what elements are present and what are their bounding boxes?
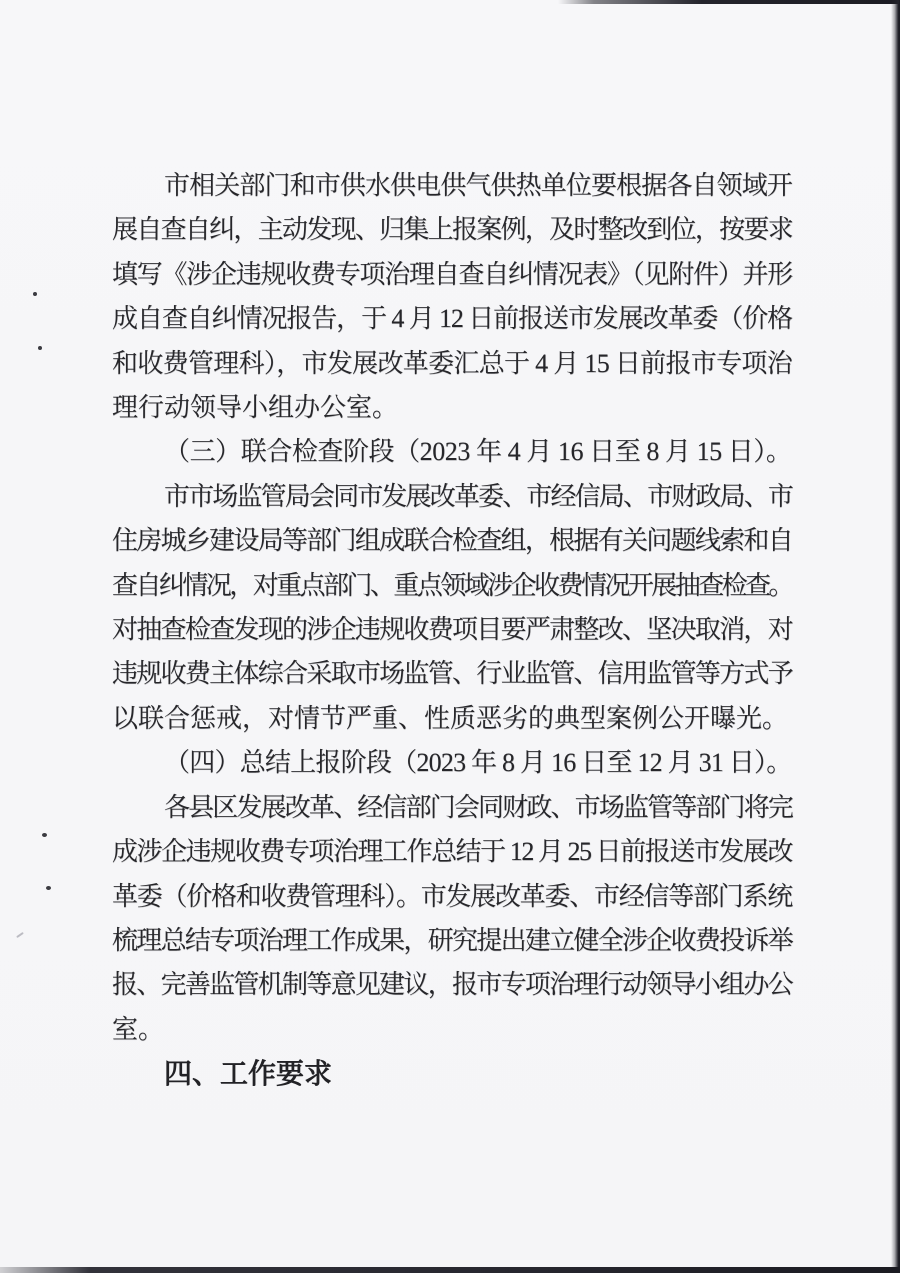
text-line: 查自纠情况，对重点部门、重点领域涉企收费情况开展抽查检查。 <box>112 564 793 608</box>
document-body: 市相关部门和市供水供电供气供热单位要根据各自领域开展自查自纠，主动发现、归集上报… <box>112 164 793 1097</box>
section-heading: 四、工作要求 <box>112 1052 793 1096</box>
scan-speck <box>42 833 47 837</box>
text-line: 室。 <box>112 1008 793 1052</box>
text-line: 成自查自纠情况报告，于 4 月 12 日前报送市发展改革委（价格 <box>112 297 793 341</box>
text-line: 各县区发展改革、经信部门会同财政、市场监管等部门将完 <box>112 786 793 830</box>
text-line: 理行动领导小组办公室。 <box>112 386 793 430</box>
text-line: 对抽查检查发现的涉企违规收费项目要严肃整改、坚决取消，对 <box>112 608 793 652</box>
text-line: 报、完善监管机制等意见建议，报市专项治理行动领导小组办公 <box>112 963 793 1007</box>
text-line: 梳理总结专项治理工作成果，研究提出建立健全涉企收费投诉举 <box>112 919 793 963</box>
text-line: 成涉企违规收费专项治理工作总结于 12 月 25 日前报送市发展改 <box>112 830 793 874</box>
text-line: （三）联合检查阶段（2023 年 4 月 16 日至 8 月 15 日）。 <box>112 430 793 474</box>
scan-edge-bottom <box>0 1267 900 1273</box>
scan-speck <box>46 886 51 890</box>
document-page: 市相关部门和市供水供电供气供热单位要根据各自领域开展自查自纠，主动发现、归集上报… <box>0 0 900 1273</box>
text-line: 展自查自纠，主动发现、归集上报案例，及时整改到位，按要求 <box>112 208 793 252</box>
scan-speck <box>33 292 37 296</box>
scan-speck <box>38 346 42 350</box>
text-line: 填写《涉企违规收费专项治理自查自纠情况表》（见附件）并形 <box>112 253 793 297</box>
scan-edge-right <box>891 0 900 1273</box>
scan-speck <box>16 932 24 938</box>
text-line: （四）总结上报阶段（2023 年 8 月 16 日至 12 月 31 日）。 <box>112 741 793 785</box>
text-line: 革委（价格和收费管理科）。市发展改革委、市经信等部门系统 <box>112 875 793 919</box>
text-line: 市相关部门和市供水供电供气供热单位要根据各自领域开 <box>112 164 793 208</box>
text-line: 以联合惩戒，对情节严重、性质恶劣的典型案例公开曝光。 <box>112 697 793 741</box>
text-line: 和收费管理科），市发展改革委汇总于 4 月 15 日前报市专项治 <box>112 342 793 386</box>
text-line: 违规收费主体综合采取市场监管、行业监管、信用监管等方式予 <box>112 652 793 696</box>
scan-edge-top <box>0 0 900 4</box>
text-line: 住房城乡建设局等部门组成联合检查组，根据有关问题线索和自 <box>112 519 793 563</box>
text-line: 市市场监管局会同市发展改革委、市经信局、市财政局、市 <box>112 475 793 519</box>
